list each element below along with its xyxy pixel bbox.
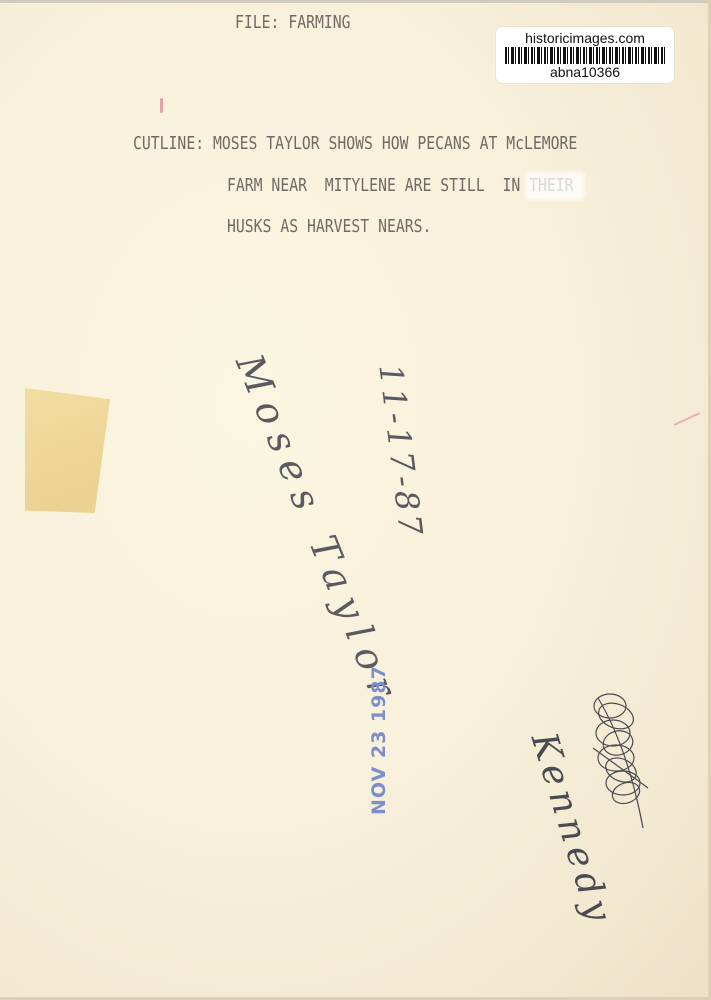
tape-piece	[25, 388, 110, 513]
label-code-text: abna10366	[496, 64, 674, 80]
scribble-icon	[588, 688, 658, 838]
file-category-line: FILE: FARMING	[235, 12, 351, 33]
handwritten-date: 11-17-87	[371, 362, 430, 541]
barcode-label: historicimages.com abna10366	[496, 27, 674, 83]
cutline-line-2: FARM NEAR MITYLENE ARE STILL IN THEIR	[227, 175, 574, 196]
pink-streak-mark	[674, 412, 700, 426]
pink-ink-mark	[160, 98, 163, 113]
photo-back-page: FILE: FARMING historicimages.com abna103…	[0, 0, 711, 1000]
cutline-line-3: HUSKS AS HARVEST NEARS.	[227, 216, 431, 237]
label-site-text: historicimages.com	[496, 30, 674, 46]
correction-whiteout	[525, 172, 585, 200]
cutline-line-1: CUTLINE: MOSES TAYLOR SHOWS HOW PECANS A…	[133, 133, 577, 154]
top-edge	[0, 0, 711, 3]
barcode-icon	[505, 47, 665, 64]
date-stamp: NOV 23 1987	[368, 665, 390, 815]
